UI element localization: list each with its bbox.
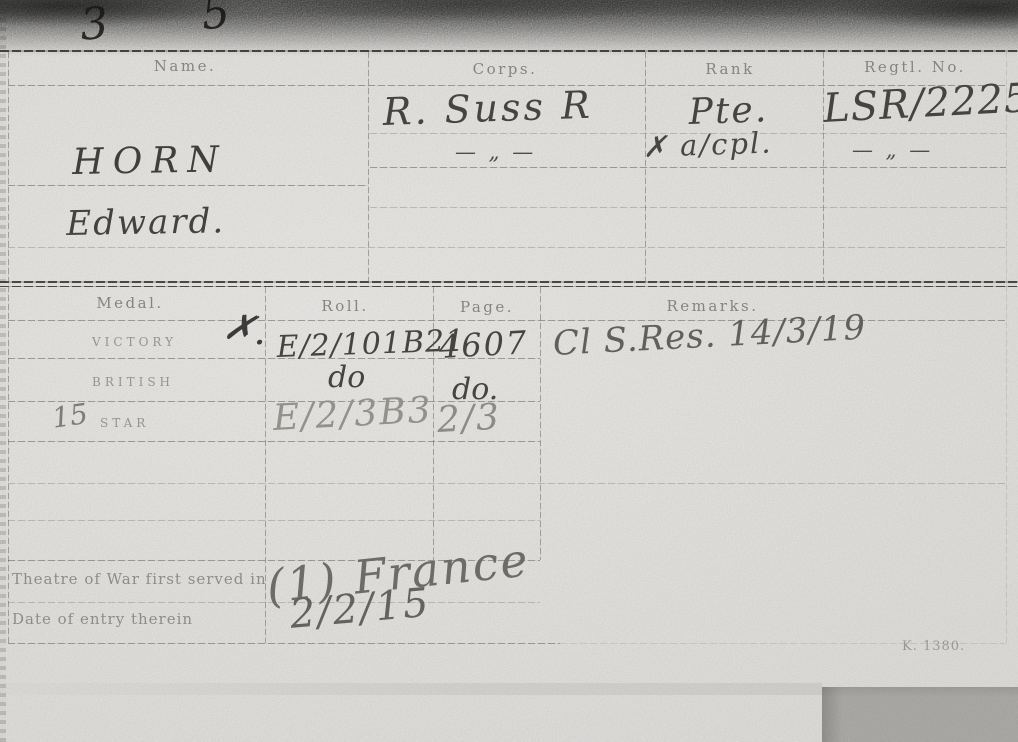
rank-acting-value: ✗ a/cpl. — [642, 125, 773, 164]
grid-vline — [645, 52, 646, 285]
grid-hline — [8, 247, 1006, 248]
british-roll-value: do — [328, 360, 365, 395]
grid-hline — [370, 167, 1006, 168]
date-of-entry-label: Date of entry therein — [12, 610, 193, 628]
page-column-header: Page. — [432, 298, 542, 316]
sheet-number: 3 5 — [78, 0, 272, 51]
form-number: K. 1380. — [902, 639, 965, 654]
scanner-backing-strip — [822, 687, 1018, 742]
grid-hline — [8, 483, 1005, 484]
grid-hline — [8, 520, 540, 521]
name-column-header: Name. — [120, 57, 250, 75]
regtl-no-value: LSR/2225 — [822, 75, 1018, 132]
grid-vline — [540, 287, 541, 560]
remarks-value: Cl S.Res. 14/3/19 — [552, 308, 867, 364]
grid-hline-section-divider — [0, 281, 1018, 283]
grid-hline — [370, 207, 1006, 208]
grid-vline-card-left — [8, 52, 9, 643]
surname-value: HORN — [72, 139, 228, 183]
regtl-no-ditto-mark: — „ — — [852, 138, 933, 162]
star-medal-label: Star — [100, 412, 149, 432]
victory-check-mark: ✗. — [220, 303, 271, 354]
corps-value: R. Suss R — [382, 83, 593, 134]
rank-column-header: Rank — [665, 60, 795, 78]
star-roll-value: E/2/3B3 — [272, 390, 434, 439]
scan-grey-streak — [0, 683, 822, 695]
corps-ditto-mark: — „ — — [455, 140, 536, 164]
grid-vline-card-right — [1006, 52, 1007, 643]
star-page-value: 2/3 — [436, 397, 502, 441]
british-medal-label: British — [92, 371, 174, 391]
medal-column-header: Medal. — [60, 294, 200, 312]
regtl-no-column-header: Regtl. No. — [845, 58, 985, 76]
victory-page-value: 4607 — [438, 323, 529, 366]
forename-value: Edward. — [66, 201, 225, 244]
theatre-of-war-label: Theatre of War first served in — [12, 570, 267, 588]
grid-vline — [368, 52, 369, 285]
grid-hline — [0, 50, 1018, 52]
star-medal-prefix: 15 — [50, 397, 90, 435]
grid-hline-section-divider — [0, 286, 1018, 287]
victory-medal-label: Victory — [92, 331, 177, 351]
roll-column-header: Roll. — [280, 297, 410, 315]
grid-hline — [8, 185, 368, 186]
scan-left-edge-speckle — [0, 0, 6, 742]
corps-column-header: Corps. — [440, 60, 570, 78]
medal-index-card-scan: 3 5 Name. Corps. Rank Regtl. No. HORN Ed… — [0, 0, 1018, 742]
grid-hline — [8, 643, 560, 644]
grid-hline — [8, 441, 540, 442]
